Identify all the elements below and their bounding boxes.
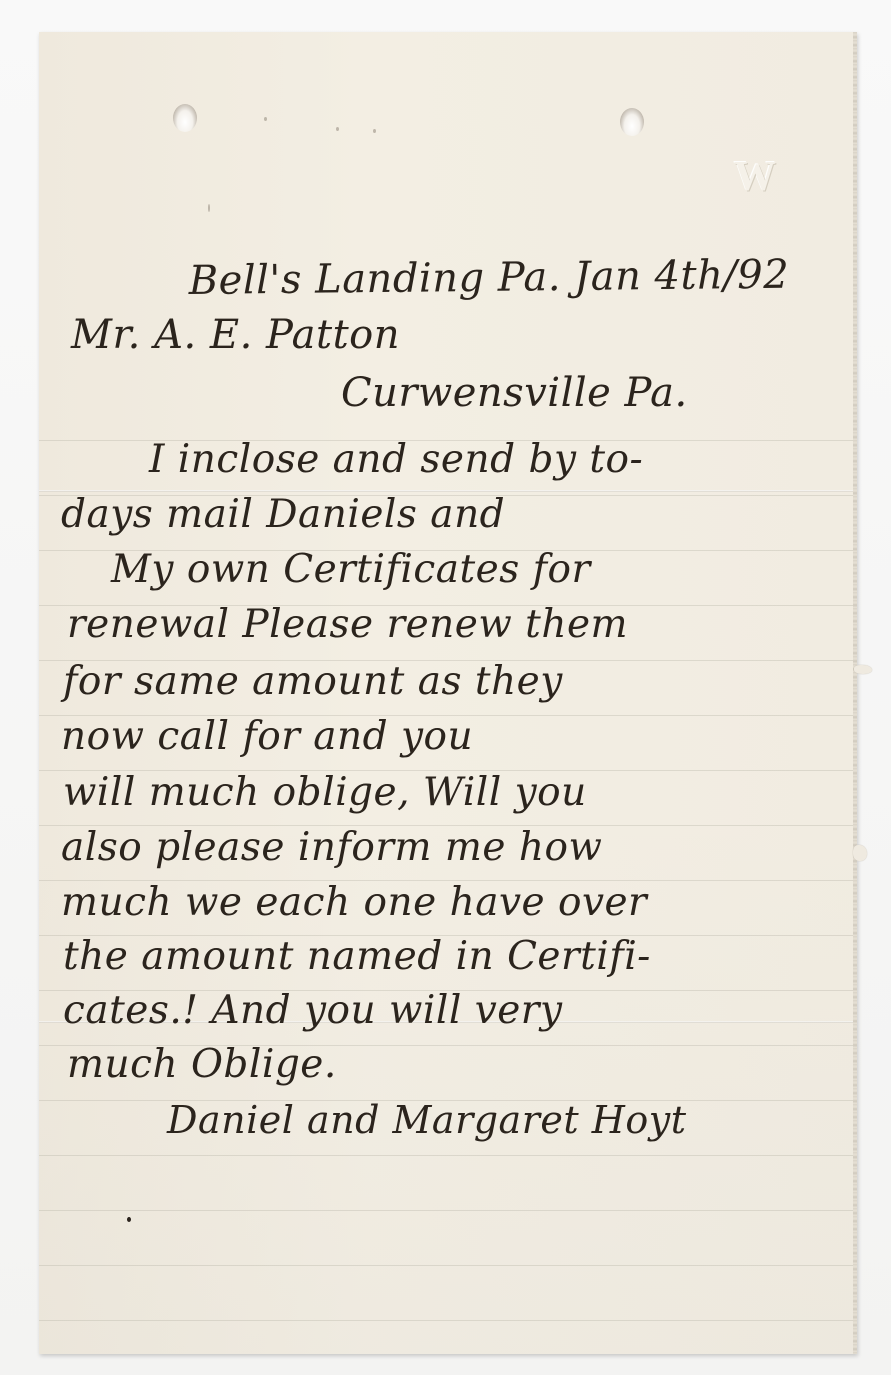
- pin-mark: [373, 129, 376, 133]
- torn-edge-flap: [853, 845, 867, 861]
- body-line: much we each one have over: [61, 880, 647, 925]
- pin-mark: [208, 204, 210, 212]
- ink-spot: [127, 1217, 131, 1222]
- body-line: the amount named in Certifi-: [63, 934, 651, 979]
- embossed-watermark: W: [734, 152, 776, 202]
- body-line: for same amount as they: [63, 659, 563, 704]
- pin-mark: [264, 117, 267, 121]
- punch-hole-right: [620, 108, 644, 136]
- letter-sheet: W Bell's Landing Pa. Jan 4th/92 Mr. A. E…: [39, 32, 857, 1354]
- body-line: now call for and you: [61, 714, 473, 759]
- body-line: also please inform me how: [61, 825, 602, 870]
- place-and-date: Bell's Landing Pa. Jan 4th/92: [189, 252, 790, 304]
- torn-edge-flap: [854, 665, 872, 674]
- body-line: days mail Daniels and: [61, 492, 505, 537]
- pin-mark: [336, 127, 339, 131]
- signature: Daniel and Margaret Hoyt: [167, 1098, 686, 1142]
- punch-hole-left: [173, 104, 197, 132]
- body-line: will much oblige, Will you: [63, 770, 587, 815]
- rule-line: [39, 1265, 857, 1266]
- body-line: I inclose and send by to-: [149, 437, 643, 482]
- rule-line: [39, 1155, 857, 1156]
- body-line: cates.! And you will very: [63, 988, 563, 1033]
- body-line: renewal Please renew them: [67, 602, 628, 647]
- body-line: much Oblige.: [67, 1042, 337, 1087]
- rule-line: [39, 1320, 857, 1321]
- rule-line: [39, 1210, 857, 1211]
- recipient-name: Mr. A. E. Patton: [71, 312, 400, 358]
- body-line: My own Certificates for: [111, 547, 591, 592]
- recipient-location: Curwensville Pa.: [341, 370, 688, 416]
